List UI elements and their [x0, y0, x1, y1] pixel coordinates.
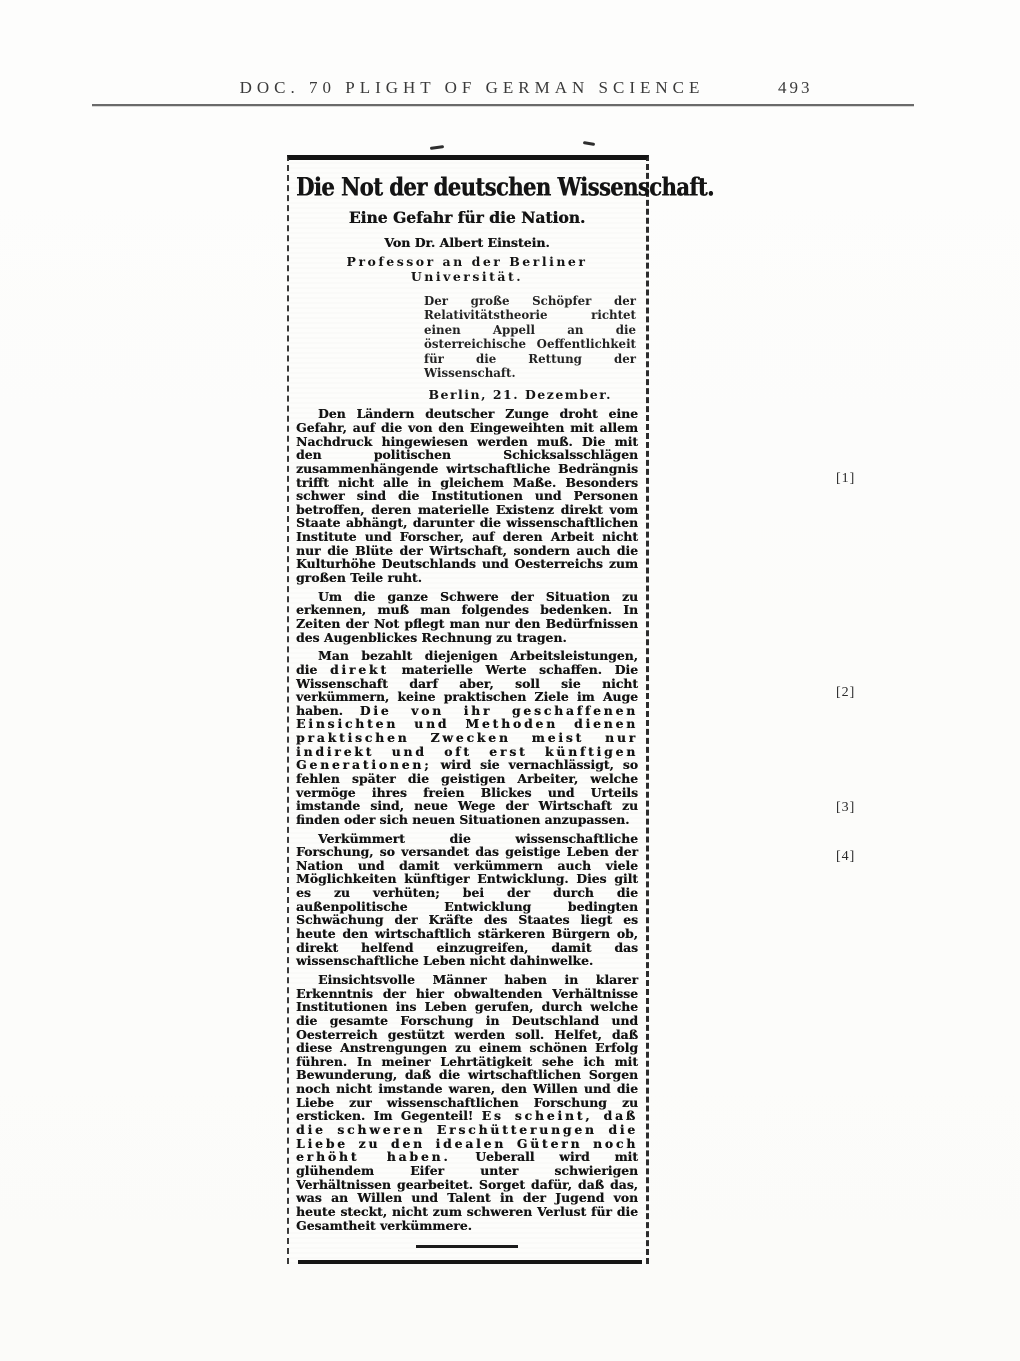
smudge-mark	[583, 141, 595, 146]
clipping-bottom-rule	[298, 1260, 642, 1264]
smudge-mark	[430, 145, 444, 150]
clipping-body: Den Ländern deutscher Zunge droht eine G…	[296, 407, 638, 1232]
margin-annotation-1: [1]	[836, 471, 855, 487]
clipping-byline: Von Dr. Albert Einstein.	[296, 235, 638, 250]
clipping-subheadline: Eine Gefahr für die Nation.	[296, 208, 638, 227]
clipping-dateline: Berlin, 21. Dezember.	[296, 387, 638, 402]
margin-annotation-3: [3]	[836, 800, 855, 816]
newspaper-clipping: Die Not der deutschen Wissenschaft. Eine…	[287, 155, 649, 1264]
clipping-paragraph: Um die ganze Schwere der Situation zu er…	[296, 590, 638, 645]
clipping-paragraph: Einsichtsvolle Männer haben in klarer Er…	[296, 973, 638, 1232]
clipping-byline-affiliation: Professor an der Berliner Universität.	[296, 254, 638, 284]
running-head-title: DOC. 70 PLIGHT OF GERMAN SCIENCE	[0, 78, 982, 98]
clipping-paragraph: Man bezahlt diejenigen Arbeitsleistungen…	[296, 649, 638, 826]
page-number: 493	[778, 78, 813, 98]
clipping-paragraph: Den Ländern deutscher Zunge droht eine G…	[296, 407, 638, 584]
margin-annotation-2: [2]	[836, 685, 855, 701]
clipping-end-rule	[416, 1245, 518, 1248]
clipping-paragraph: Verkümmert die wissenschaftliche Forschu…	[296, 832, 638, 968]
book-page-scan: DOC. 70 PLIGHT OF GERMAN SCIENCE 493 Die…	[0, 0, 1020, 1361]
clipping-headline: Die Not der deutschen Wissenschaft.	[296, 171, 638, 202]
clipping-lede: Der große Schöpfer der Relativitätstheor…	[424, 294, 636, 380]
margin-annotation-4: [4]	[836, 849, 855, 865]
header-rule	[92, 104, 914, 106]
